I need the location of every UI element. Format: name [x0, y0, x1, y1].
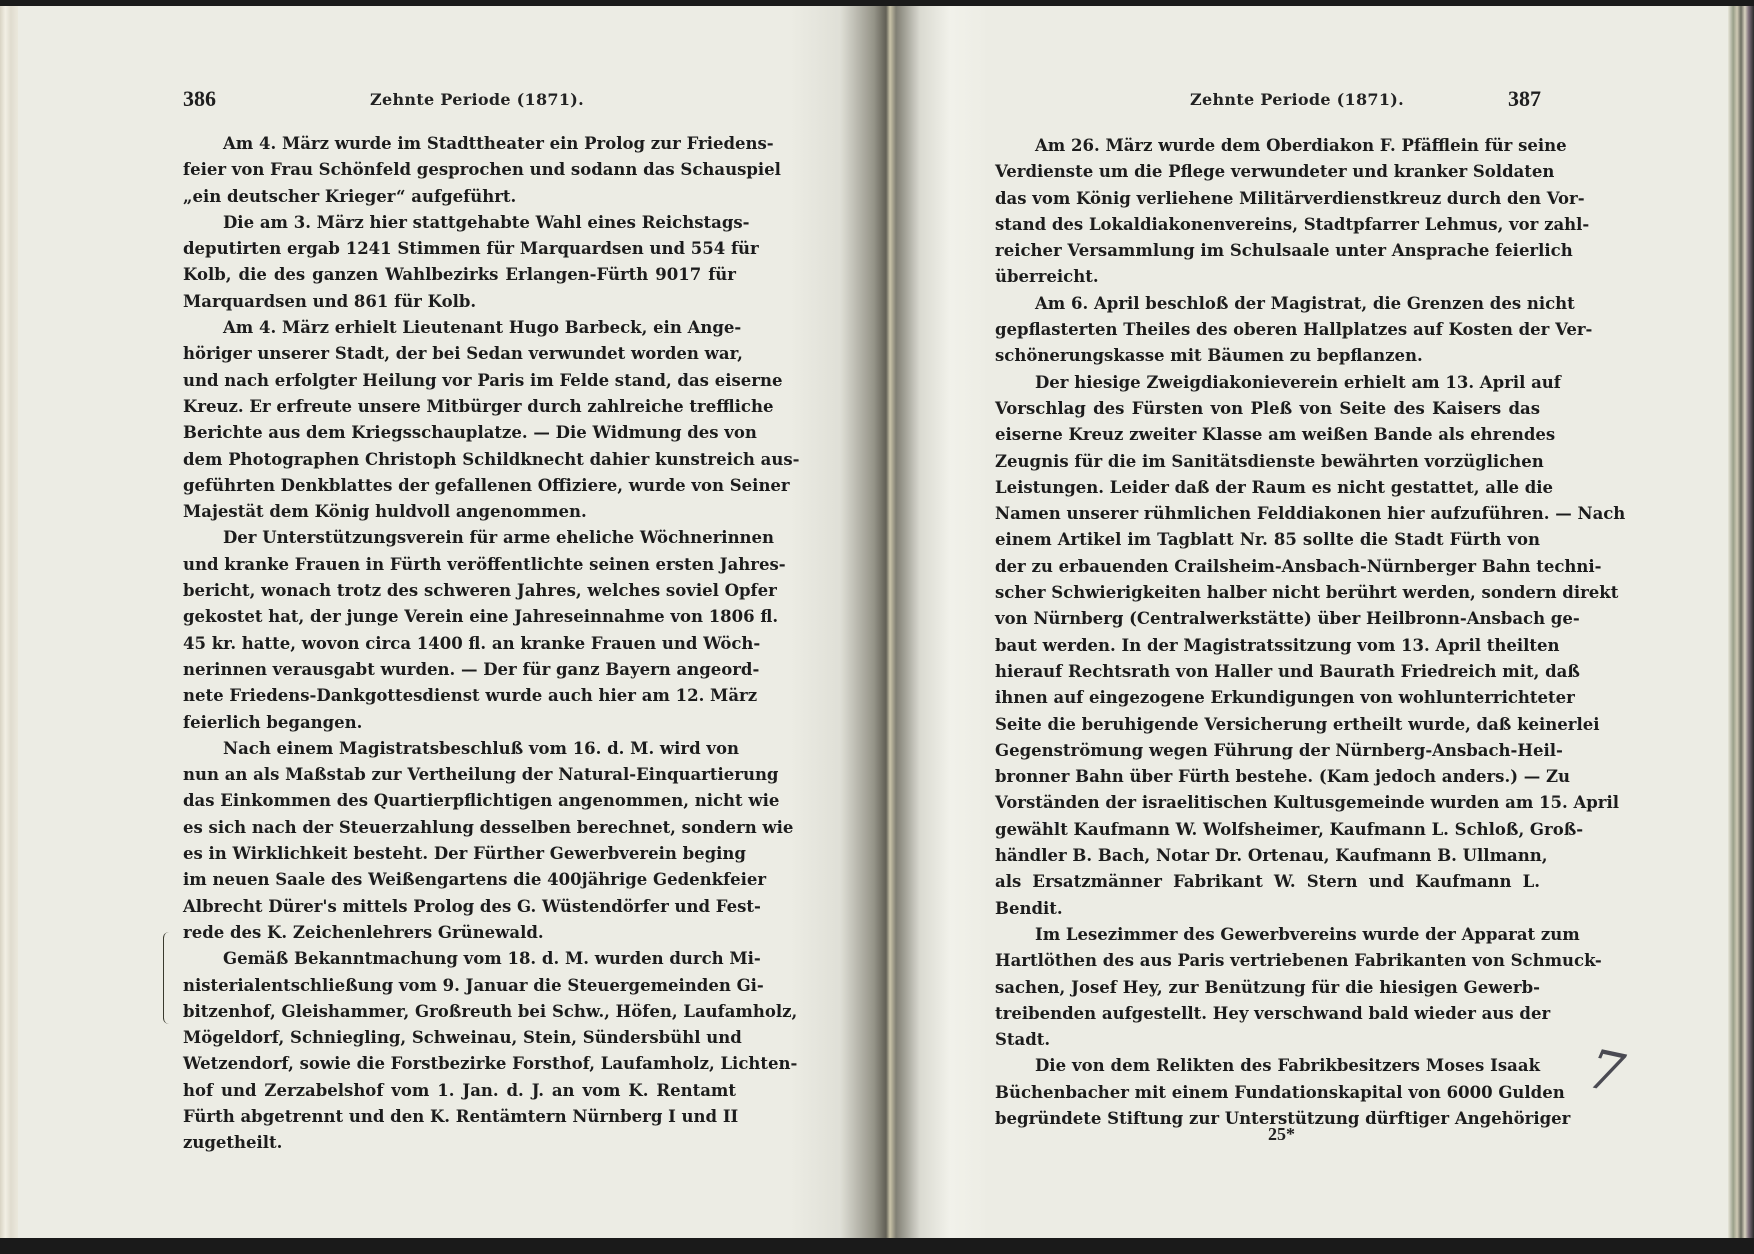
text-line: nun an als Maßstab zur Vertheilung der N…: [183, 762, 736, 788]
page-number: 387: [1508, 86, 1541, 112]
text-line: Verdienste um die Pflege verwundeter und…: [995, 159, 1540, 185]
text-line: Zeugnis für die im Sanitätsdienste bewäh…: [995, 449, 1540, 475]
text-line: Vorschlag des Fürsten von Pleß von Seite…: [995, 396, 1540, 422]
text-line: eiserne Kreuz zweiter Klasse am weißen B…: [995, 422, 1540, 448]
text-line: bronner Bahn über Fürth bestehe. (Kam je…: [995, 764, 1540, 790]
text-line: gepflasterten Theiles des oberen Hallpla…: [995, 317, 1540, 343]
page-body-text: Am 4. März wurde im Stadttheater ein Pro…: [183, 131, 736, 1157]
text-line: gewählt Kaufmann W. Wolfsheimer, Kaufman…: [995, 817, 1540, 843]
text-line: nete Friedens-Dankgottesdienst wurde auc…: [183, 683, 736, 709]
text-line: treibenden aufgestellt. Hey verschwand b…: [995, 1001, 1540, 1027]
text-line: „ein deutscher Krieger“ aufgeführt.: [183, 184, 736, 210]
running-head: Zehnte Periode (1871).: [1190, 90, 1404, 109]
signature-mark: 25*: [1268, 1124, 1295, 1145]
text-line: scher Schwierigkeiten halber nicht berüh…: [995, 580, 1540, 606]
text-line: Kolb, die des ganzen Wahlbezirks Erlange…: [183, 262, 736, 288]
text-line: das vom König verliehene Militärverdiens…: [995, 186, 1540, 212]
text-line: nisterialentschließung vom 9. Januar die…: [183, 973, 736, 999]
running-head: Zehnte Periode (1871).: [370, 90, 584, 109]
text-line: gekostet hat, der junge Verein eine Jahr…: [183, 604, 736, 630]
text-line: nerinnen verausgabt wurden. — Der für ga…: [183, 657, 736, 683]
text-line: Namen unserer rühmlichen Felddiakonen hi…: [995, 501, 1540, 527]
text-line: Nach einem Magistratsbeschluß vom 16. d.…: [183, 736, 736, 762]
text-line: zugetheilt.: [183, 1130, 736, 1156]
text-line: Vorständen der israelitischen Kultusgeme…: [995, 790, 1540, 816]
text-line: schönerungskasse mit Bäumen zu bepflanze…: [995, 343, 1540, 369]
text-line: und kranke Frauen in Fürth veröffentlich…: [183, 552, 736, 578]
text-line: hof und Zerzabelshof vom 1. Jan. d. J. a…: [183, 1078, 736, 1104]
text-line: Die am 3. März hier stattgehabte Wahl ei…: [183, 210, 736, 236]
text-line: Die von dem Relikten des Fabrikbesitzers…: [995, 1053, 1540, 1079]
text-line: bitzenhof, Gleishammer, Großreuth bei Sc…: [183, 999, 736, 1025]
text-line: händler B. Bach, Notar Dr. Ortenau, Kauf…: [995, 843, 1540, 869]
text-line: der zu erbauenden Crailsheim-Ansbach-Nür…: [995, 554, 1540, 580]
text-line: sachen, Josef Hey, zur Benützung für die…: [995, 975, 1540, 1001]
text-line: Stadt.: [995, 1027, 1540, 1053]
text-line: hierauf Rechtsrath von Haller und Baurat…: [995, 659, 1540, 685]
left-page: 386 Zehnte Periode (1871). Am 4. März wu…: [0, 0, 820, 1232]
text-line: 45 kr. hatte, wovon circa 1400 fl. an kr…: [183, 631, 736, 657]
text-line: deputirten ergab 1241 Stimmen für Marqua…: [183, 236, 736, 262]
text-line: feierlich begangen.: [183, 710, 736, 736]
text-line: geführten Denkblattes der gefallenen Off…: [183, 473, 736, 499]
text-line: baut werden. In der Magistratssitzung vo…: [995, 633, 1540, 659]
text-line: Bendit.: [995, 896, 1540, 922]
text-line: es in Wirklichkeit besteht. Der Fürther …: [183, 841, 736, 867]
text-line: Der hiesige Zweigdiakonieverein erhielt …: [995, 370, 1540, 396]
right-page: Zehnte Periode (1871). 387 Am 26. März w…: [960, 0, 1754, 1232]
text-line: Seite die beruhigende Versicherung erthe…: [995, 712, 1540, 738]
text-line: Kreuz. Er erfreute unsere Mitbürger durc…: [183, 394, 736, 420]
text-line: von Nürnberg (Centralwerkstätte) über He…: [995, 606, 1540, 632]
text-line: das Einkommen des Quartierpflichtigen an…: [183, 788, 736, 814]
text-line: Büchenbacher mit einem Fundationskapital…: [995, 1080, 1540, 1106]
text-line: Wetzendorf, sowie die Forstbezirke Forst…: [183, 1051, 736, 1077]
text-line: Majestät dem König huldvoll angenommen.: [183, 499, 736, 525]
text-line: überreicht.: [995, 264, 1540, 290]
text-line: Mögeldorf, Schniegling, Schweinau, Stein…: [183, 1025, 736, 1051]
text-line: Albrecht Dürer's mittels Prolog des G. W…: [183, 894, 736, 920]
text-line: Gegenströmung wegen Führung der Nürnberg…: [995, 738, 1540, 764]
text-line: im neuen Saale des Weißengartens die 400…: [183, 867, 736, 893]
text-line: und nach erfolgter Heilung vor Paris im …: [183, 368, 736, 394]
text-line: es sich nach der Steuerzahlung desselben…: [183, 815, 736, 841]
text-line: als Ersatzmänner Fabrikant W. Stern und …: [995, 869, 1540, 895]
page-body-text: Am 26. März wurde dem Oberdiakon F. Pfäf…: [995, 133, 1540, 1132]
text-line: Marquardsen und 861 für Kolb.: [183, 289, 736, 315]
text-line: Am 6. April beschloß der Magistrat, die …: [995, 291, 1540, 317]
text-line: Der Unterstützungsverein für arme ehelic…: [183, 525, 736, 551]
text-line: Hartlöthen des aus Paris vertriebenen Fa…: [995, 948, 1540, 974]
text-line: Am 4. März wurde im Stadttheater ein Pro…: [183, 131, 736, 157]
text-line: einem Artikel im Tagblatt Nr. 85 sollte …: [995, 527, 1540, 553]
text-line: Am 4. März erhielt Lieutenant Hugo Barbe…: [183, 315, 736, 341]
text-line: rede des K. Zeichenlehrers Grünewald.: [183, 920, 736, 946]
text-line: bericht, wonach trotz des schweren Jahre…: [183, 578, 736, 604]
text-line: Leistungen. Leider daß der Raum es nicht…: [995, 475, 1540, 501]
page-number: 386: [183, 86, 216, 112]
text-line: Fürth abgetrennt und den K. Rentämtern N…: [183, 1104, 736, 1130]
text-line: Berichte aus dem Kriegsschauplatze. — Di…: [183, 420, 736, 446]
text-line: ihnen auf eingezogene Erkundigungen von …: [995, 685, 1540, 711]
text-line: Am 26. März wurde dem Oberdiakon F. Pfäf…: [995, 133, 1540, 159]
text-line: stand des Lokaldiakonenvereins, Stadtpfa…: [995, 212, 1540, 238]
text-line: höriger unserer Stadt, der bei Sedan ver…: [183, 341, 736, 367]
text-line: Im Lesezimmer des Gewerbvereins wurde de…: [995, 922, 1540, 948]
text-line: dem Photographen Christoph Schildknecht …: [183, 447, 736, 473]
text-line: Gemäß Bekanntmachung vom 18. d. M. wurde…: [183, 946, 736, 972]
text-line: feier von Frau Schönfeld gesprochen und …: [183, 157, 736, 183]
pencil-margin-bracket: [163, 932, 170, 1024]
text-line: reicher Versammlung im Schulsaale unter …: [995, 238, 1540, 264]
